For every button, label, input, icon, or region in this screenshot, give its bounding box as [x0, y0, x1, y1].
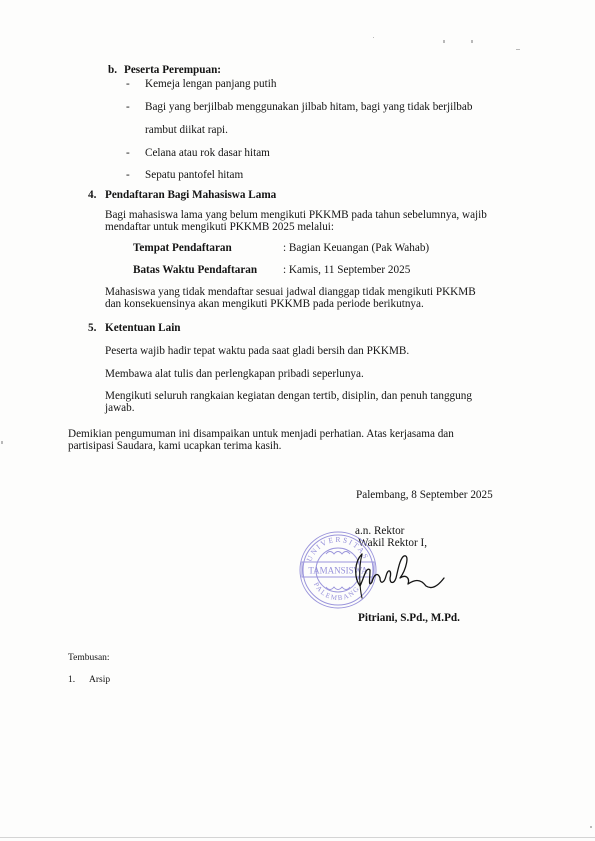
place-date: Palembang, 8 September 2025 [356, 489, 493, 501]
closing-line: Demikian pengumuman ini disampaikan untu… [68, 428, 454, 440]
signer-name: Pitriani, S.Pd., M.Pd. [358, 612, 460, 624]
section-4-number: 4. [88, 189, 96, 201]
list-item-continuation: jawab. [105, 402, 135, 414]
list-item: Peserta wajib hadir tepat waktu pada saa… [105, 345, 409, 357]
handwritten-signature [348, 548, 448, 600]
scan-speck [443, 40, 445, 43]
page-bottom-edge [0, 837, 595, 838]
detail-value: : Bagian Keuangan (Pak Wahab) [283, 242, 429, 254]
detail-label: Batas Waktu Pendaftaran [133, 264, 257, 276]
dash: - [126, 147, 130, 159]
cc-item-number: 1. [68, 675, 75, 685]
paragraph-line: Bagi mahasiswa lama yang belum mengikuti… [105, 209, 487, 221]
scan-speck [471, 40, 473, 43]
section-b-title: Peserta Perempuan: [124, 64, 221, 76]
dash: - [126, 169, 130, 181]
section-5-title: Ketentuan Lain [105, 322, 181, 334]
list-item-continuation: rambut diikat rapi. [145, 124, 228, 136]
detail-value: : Kamis, 11 September 2025 [283, 264, 410, 276]
paragraph-line: mendaftar untuk mengikuti PKKMB 2025 mel… [105, 221, 334, 233]
list-item: Kemeja lengan panjang putih [145, 78, 276, 90]
dash: - [126, 101, 130, 113]
section-b-marker: b. [108, 64, 117, 76]
list-item: Bagi yang berjilbab menggunakan jilbab h… [145, 101, 472, 113]
list-item: Sepatu pantofel hitam [145, 169, 243, 181]
detail-label: Tempat Pendaftaran [133, 242, 232, 254]
list-item: Mengikuti seluruh rangkaian kegiatan den… [105, 390, 472, 402]
dash: - [126, 78, 130, 90]
cc-label: Tembusan: [68, 653, 110, 663]
scan-speck [516, 49, 520, 50]
scan-speck [590, 826, 592, 828]
list-item: Celana atau rok dasar hitam [145, 147, 270, 159]
list-item: Membawa alat tulis dan perlengkapan prib… [105, 368, 364, 380]
section-4-title: Pendaftaran Bagi Mahasiswa Lama [105, 189, 276, 201]
cc-item-text: Arsip [89, 675, 110, 685]
closing-line: partisipasi Saudara, kami ucapkan terima… [68, 440, 281, 452]
paragraph-line: dan konsekuensinya akan mengikuti PKKMB … [105, 298, 424, 310]
scan-speck [373, 37, 374, 38]
section-5-number: 5. [88, 322, 96, 334]
scan-speck [1, 441, 3, 444]
paragraph-line: Mahasiswa yang tidak mendaftar sesuai ja… [105, 286, 476, 298]
